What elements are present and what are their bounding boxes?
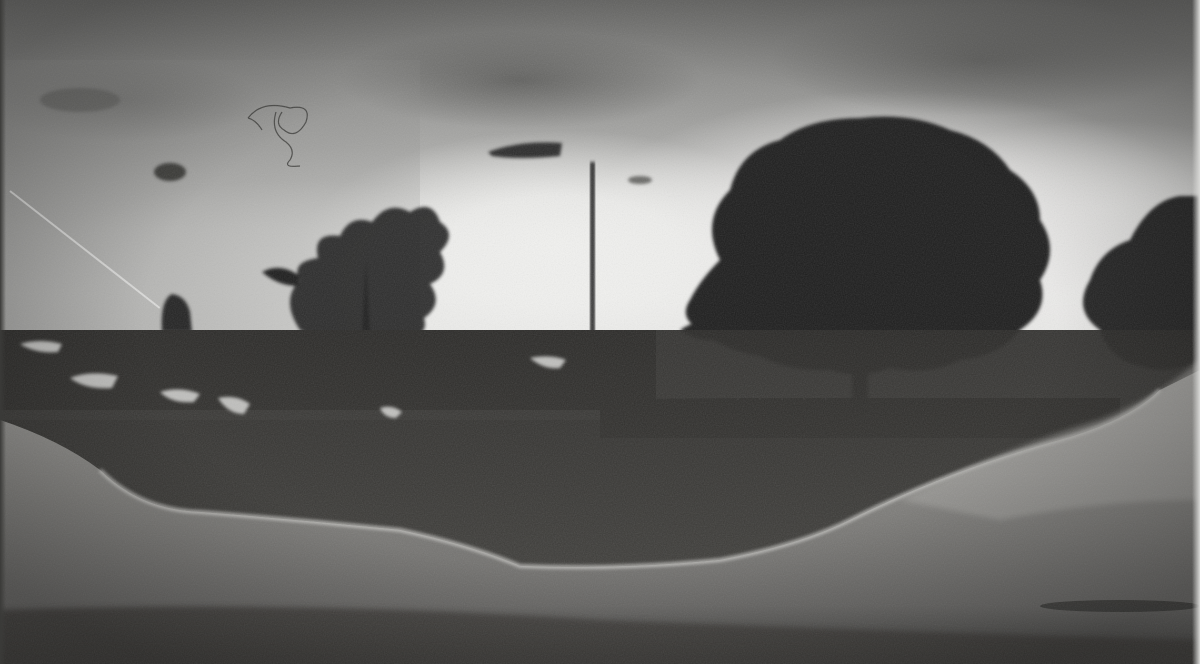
scene-layer [0,0,1200,664]
right-edge [1192,0,1200,664]
left-edge [0,0,6,664]
photograph: Monochrome photograph of trees, a wall, … [0,0,1200,664]
film-grain [0,0,1200,664]
